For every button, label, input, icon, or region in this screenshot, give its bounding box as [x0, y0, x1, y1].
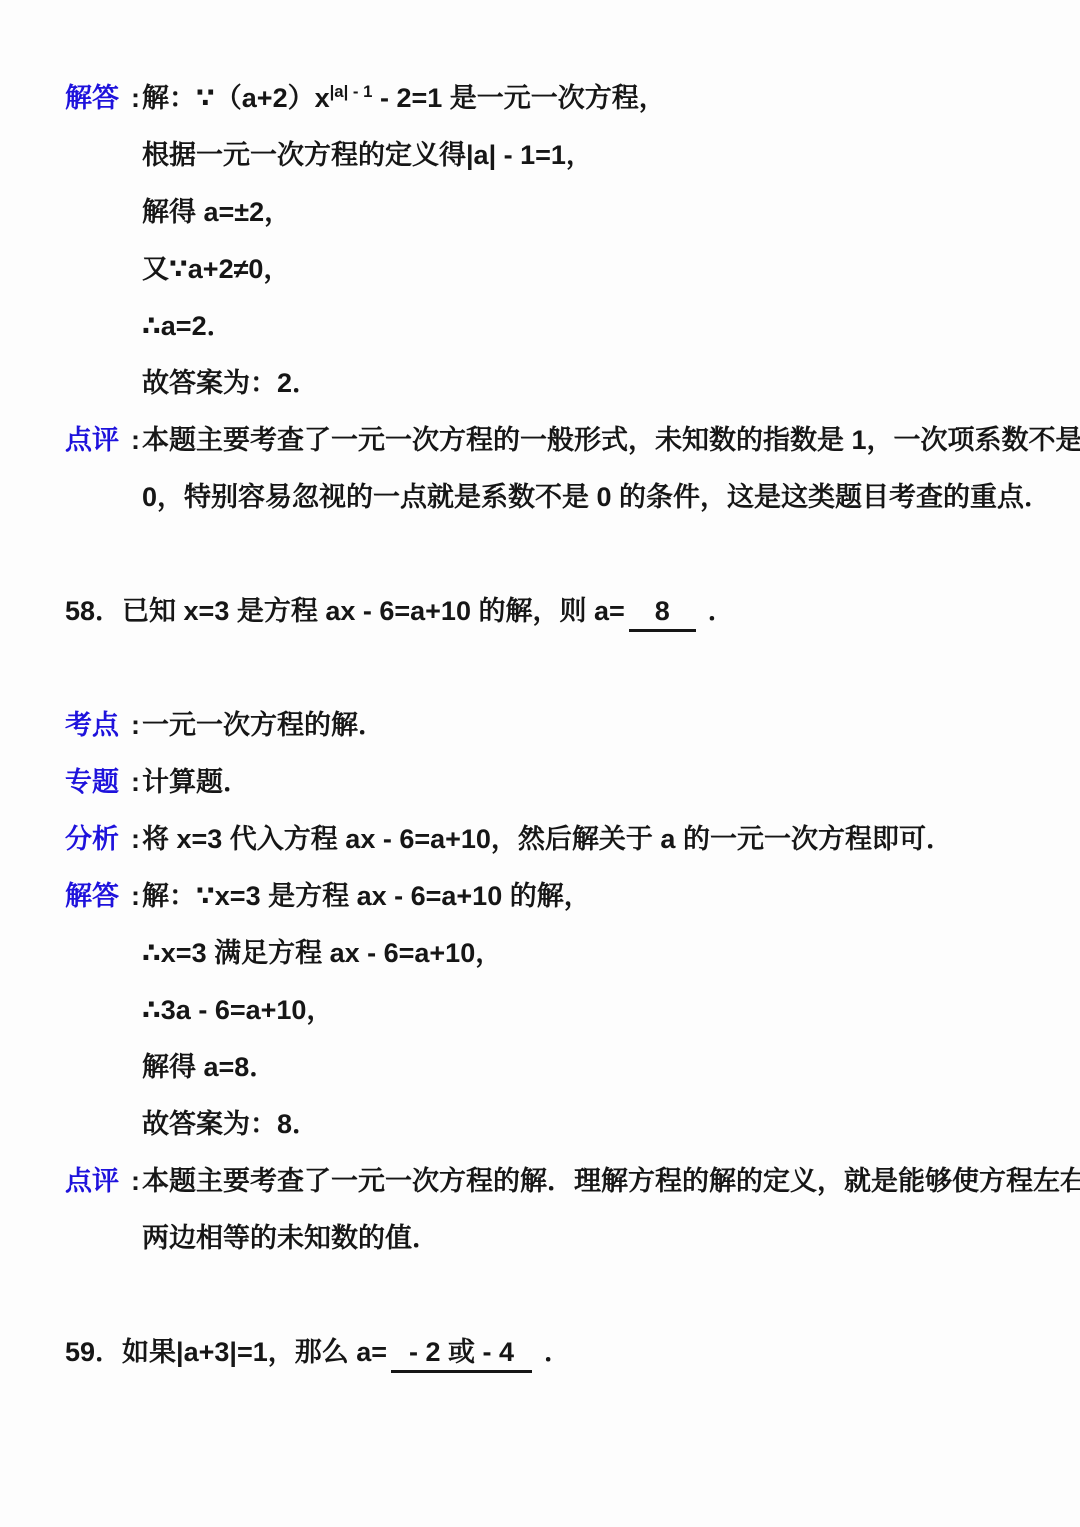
- solution-label: 解答: [65, 70, 123, 127]
- problem58-comment-section: 点评: 本题主要考查了一元一次方程的解．理解方程的解的定义，就是能够使方程左右 …: [65, 1153, 1020, 1267]
- topic-label: 考点: [65, 697, 123, 754]
- problem58-solution-section: 解答: 解：∵x=3 是方程 ax - 6=a+10 的解， ∴x=3 满足方程…: [65, 868, 1020, 1153]
- comment-line: 本题主要考查了一元一次方程的解．理解方程的解的定义，就是能够使方程左右: [142, 1153, 1020, 1210]
- problem58-zhuanti-section: 专题: 计算题．: [65, 754, 1020, 811]
- solution-line: 故答案为：8．: [142, 1096, 1020, 1153]
- comment-label: 点评: [65, 412, 123, 469]
- analysis-paragraph: 分析: 将 x=3 代入方程 ax - 6=a+10，然后解关于 a 的一元一次…: [65, 811, 1020, 868]
- problem-59-statement: 59．如果|a+3|=1，那么 a=- 2 或 - 4．: [65, 1324, 1020, 1381]
- equation-post: - 2=1 是一元一次方程，: [372, 83, 665, 113]
- comment-line: 两边相等的未知数的值．: [142, 1210, 1020, 1267]
- label-colon: :: [123, 754, 142, 811]
- label-colon: :: [123, 868, 142, 925]
- problem58-kaodian-section: 考点: 一元一次方程的解．: [65, 697, 1020, 754]
- solution-line: 解：∵x=3 是方程 ax - 6=a+10 的解，: [142, 868, 1020, 925]
- comment-line: 本题主要考查了一元一次方程的一般形式，未知数的指数是 1，一次项系数不是: [142, 412, 1020, 469]
- topic-paragraph: 考点: 一元一次方程的解．: [65, 697, 1020, 754]
- category-text: 计算题．: [142, 754, 1020, 811]
- solution-line: ∴x=3 满足方程 ax - 6=a+10，: [142, 925, 1020, 982]
- label-colon: :: [123, 811, 142, 868]
- comment-line: 0，特别容易忽视的一点就是系数不是 0 的条件，这是这类题目考查的重点．: [142, 469, 1020, 526]
- comment-label: 点评: [65, 1153, 123, 1210]
- label-colon: :: [123, 412, 142, 469]
- problem-58-statement: 58．已知 x=3 是方程 ax - 6=a+10 的解，则 a=8．: [65, 583, 1020, 640]
- problem57-comment-section: 点评: 本题主要考查了一元一次方程的一般形式，未知数的指数是 1，一次项系数不是…: [65, 412, 1020, 526]
- label-colon: :: [123, 70, 142, 127]
- analysis-label: 分析: [65, 811, 123, 868]
- equation-pre: 解：∵（a+2）x: [142, 83, 330, 113]
- solution-line: 根据一元一次方程的定义得|a| - 1=1，: [142, 127, 1020, 184]
- solution-line: ∴3a - 6=a+10，: [142, 982, 1020, 1039]
- comment-content: 本题主要考查了一元一次方程的一般形式，未知数的指数是 1，一次项系数不是 0，特…: [142, 412, 1020, 526]
- solution-line: 解得 a=±2，: [142, 184, 1020, 241]
- comment-paragraph: 点评: 本题主要考查了一元一次方程的解．理解方程的解的定义，就是能够使方程左右 …: [65, 1153, 1020, 1267]
- statement-period: ．: [544, 1337, 571, 1367]
- solution-line: 解得 a=8．: [142, 1039, 1020, 1096]
- topic-text: 一元一次方程的解．: [142, 697, 1020, 754]
- solution-content: 解：∵x=3 是方程 ax - 6=a+10 的解， ∴x=3 满足方程 ax …: [142, 868, 1020, 1153]
- solution-paragraph: 解答: 解：∵x=3 是方程 ax - 6=a+10 的解， ∴x=3 满足方程…: [65, 868, 1020, 1153]
- equation-exponent: |a| - 1: [330, 82, 373, 101]
- problem57-solution-section: 解答: 解：∵（a+2）x|a| - 1 - 2=1 是一元一次方程， 根据一元…: [65, 70, 1020, 412]
- statement-text: 59．如果|a+3|=1，那么 a=: [65, 1337, 387, 1367]
- solution-line: 故答案为：2．: [142, 355, 1020, 412]
- statement-text: 58．已知 x=3 是方程 ax - 6=a+10 的解，则 a=: [65, 596, 625, 626]
- solution-line: 又∵a+2≠0，: [142, 241, 1020, 298]
- label-colon: :: [123, 697, 142, 754]
- label-colon: :: [123, 1153, 142, 1210]
- comment-content: 本题主要考查了一元一次方程的解．理解方程的解的定义，就是能够使方程左右 两边相等…: [142, 1153, 1020, 1267]
- solution-content: 解：∵（a+2）x|a| - 1 - 2=1 是一元一次方程， 根据一元一次方程…: [142, 70, 1020, 412]
- category-paragraph: 专题: 计算题．: [65, 754, 1020, 811]
- problem58-fenxi-section: 分析: 将 x=3 代入方程 ax - 6=a+10，然后解关于 a 的一元一次…: [65, 811, 1020, 868]
- solution-paragraph: 解答: 解：∵（a+2）x|a| - 1 - 2=1 是一元一次方程， 根据一元…: [65, 70, 1020, 412]
- answer-blank-59: - 2 或 - 4: [391, 1337, 532, 1373]
- answer-blank-58: 8: [629, 596, 696, 632]
- solution-label: 解答: [65, 868, 123, 925]
- solution-line-equation: 解：∵（a+2）x|a| - 1 - 2=1 是一元一次方程，: [142, 70, 1020, 127]
- document-page: 解答: 解：∵（a+2）x|a| - 1 - 2=1 是一元一次方程， 根据一元…: [0, 0, 1080, 1527]
- statement-period: ．: [708, 596, 735, 626]
- analysis-text: 将 x=3 代入方程 ax - 6=a+10，然后解关于 a 的一元一次方程即可…: [142, 811, 1020, 868]
- comment-paragraph: 点评: 本题主要考查了一元一次方程的一般形式，未知数的指数是 1，一次项系数不是…: [65, 412, 1020, 526]
- category-label: 专题: [65, 754, 123, 811]
- solution-line: ∴a=2．: [142, 298, 1020, 355]
